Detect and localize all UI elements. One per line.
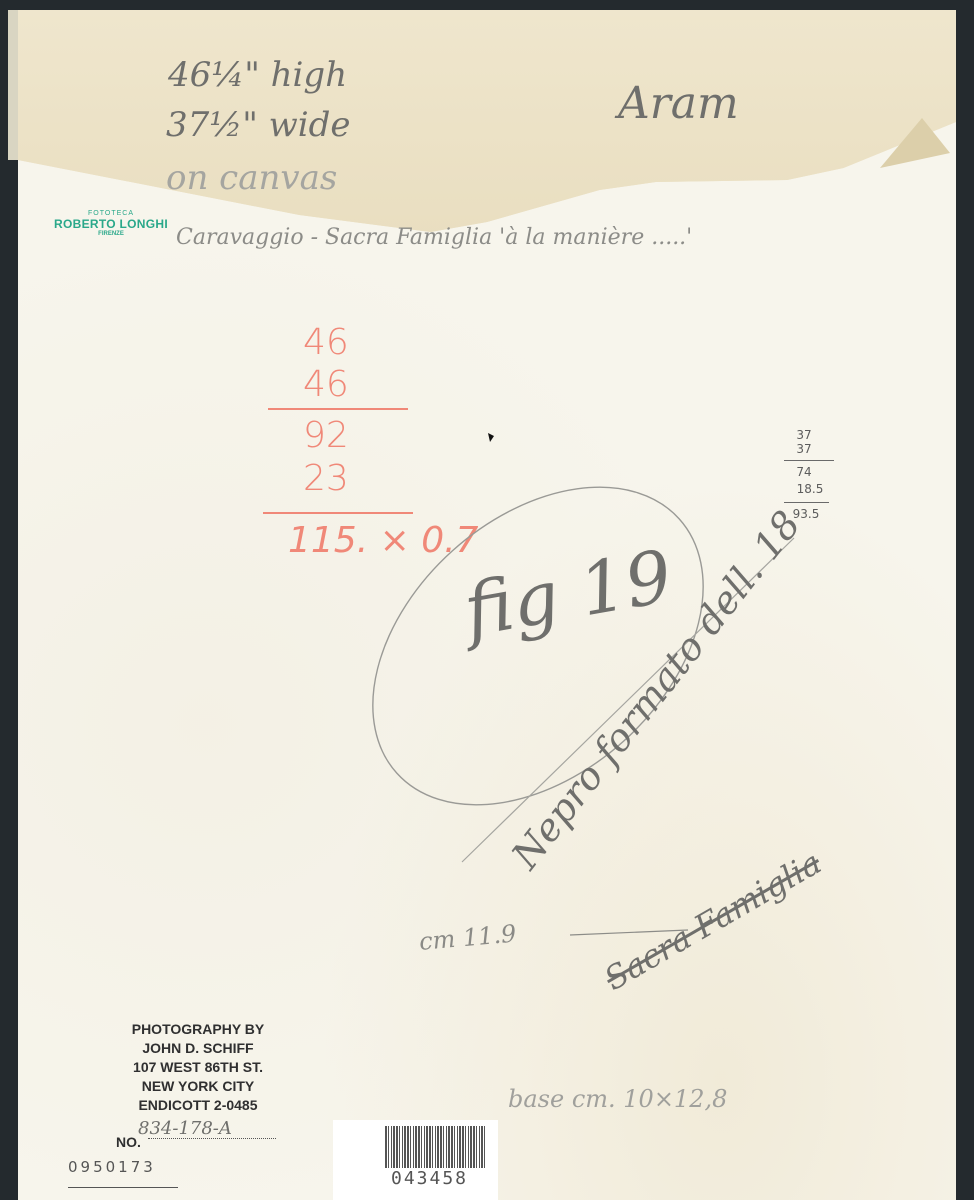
stamp-line-5: ENDICOTT 2-0485: [98, 1096, 298, 1115]
photo-mount-verso: 46¼" high 37½" wide on canvas Aram FOTOT…: [18, 10, 956, 1200]
ink-spot: [488, 433, 494, 442]
photographer-stamp: PHOTOGRAPHY BY JOHN D. SCHIFF 107 WEST 8…: [98, 1020, 298, 1115]
base-note: base cm. 10×12,8: [508, 1085, 727, 1113]
stamp-line-4: NEW YORK CITY: [98, 1077, 298, 1096]
accession-underline: [68, 1187, 178, 1188]
stamp-no-value: 834-178-A: [138, 1118, 232, 1139]
stamp-line-2: JOHN D. SCHIFF: [98, 1039, 298, 1058]
accession-number: 0950173: [68, 1158, 156, 1176]
barcode-label: 043458: [333, 1120, 498, 1200]
stamp-line-3: 107 WEST 86TH ST.: [98, 1058, 298, 1077]
barcode-number: 043458: [391, 1168, 468, 1189]
barcode-bars: [385, 1126, 485, 1168]
stamp-line-1: PHOTOGRAPHY BY: [98, 1020, 298, 1039]
